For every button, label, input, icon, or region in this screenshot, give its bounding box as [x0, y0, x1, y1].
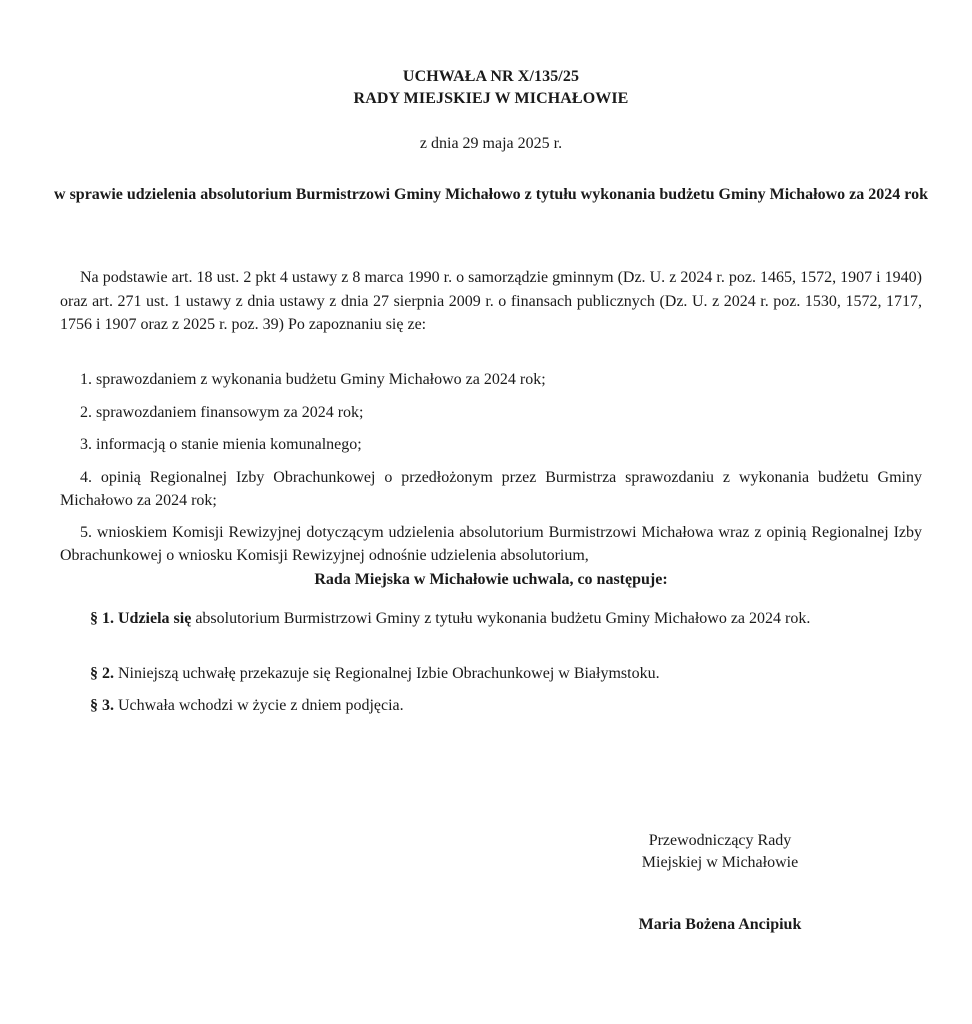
signature-name: Maria Bożena Ancipiuk — [590, 916, 850, 934]
paragraph-2-label: § 2. — [90, 665, 114, 682]
paragraph-2-text: Niniejszą uchwałę przekazuje się Regiona… — [114, 665, 660, 682]
paragraph-3-label: § 3. — [90, 697, 114, 714]
title-line-1: UCHWAŁA NR X/135/25 — [60, 66, 922, 88]
legal-basis-preamble: Na podstawie art. 18 ust. 2 pkt 4 ustawy… — [60, 266, 922, 337]
council-resolves-heading: Rada Miejska w Michałowie uchwala, co na… — [60, 571, 922, 589]
resolution-title: UCHWAŁA NR X/135/25 RADY MIEJSKIEJ W MIC… — [60, 66, 922, 110]
title-line-2: RADY MIEJSKIEJ W MICHAŁOWIE — [60, 88, 922, 110]
paragraph-1-text: absolutorium Burmistrzowi Gminy z tytułu… — [191, 610, 810, 627]
list-item: 3. informacją o stanie mienia komunalneg… — [60, 433, 922, 456]
resolution-date: z dnia 29 maja 2025 r. — [60, 135, 922, 153]
paragraph-3-text: Uchwała wchodzi w życie z dniem podjęcia… — [114, 697, 404, 714]
list-item: 4. opinią Regionalnej Izby Obrachunkowej… — [60, 466, 922, 512]
paragraph-2: § 2. Niniejszą uchwałę przekazuje się Re… — [60, 662, 922, 685]
paragraph-3: § 3. Uchwała wchodzi w życie z dniem pod… — [60, 694, 922, 717]
list-item: 5. wnioskiem Komisji Rewizyjnej dotycząc… — [60, 521, 922, 567]
list-item: 1. sprawozdaniem z wykonania budżetu Gmi… — [60, 368, 922, 391]
list-item: 2. sprawozdaniem finansowym za 2024 rok; — [60, 401, 922, 424]
signature-role-line-1: Przewodniczący Rady — [590, 830, 850, 852]
signature-role-line-2: Miejskiej w Michałowie — [590, 852, 850, 874]
resolution-subject: w sprawie udzielenia absolutorium Burmis… — [50, 183, 932, 206]
paragraph-1: § 1. Udziela się absolutorium Burmistrzo… — [60, 607, 922, 630]
paragraph-1-label: § 1. Udziela się — [90, 610, 191, 627]
signature-role: Przewodniczący Rady Miejskiej w Michałow… — [590, 830, 850, 874]
